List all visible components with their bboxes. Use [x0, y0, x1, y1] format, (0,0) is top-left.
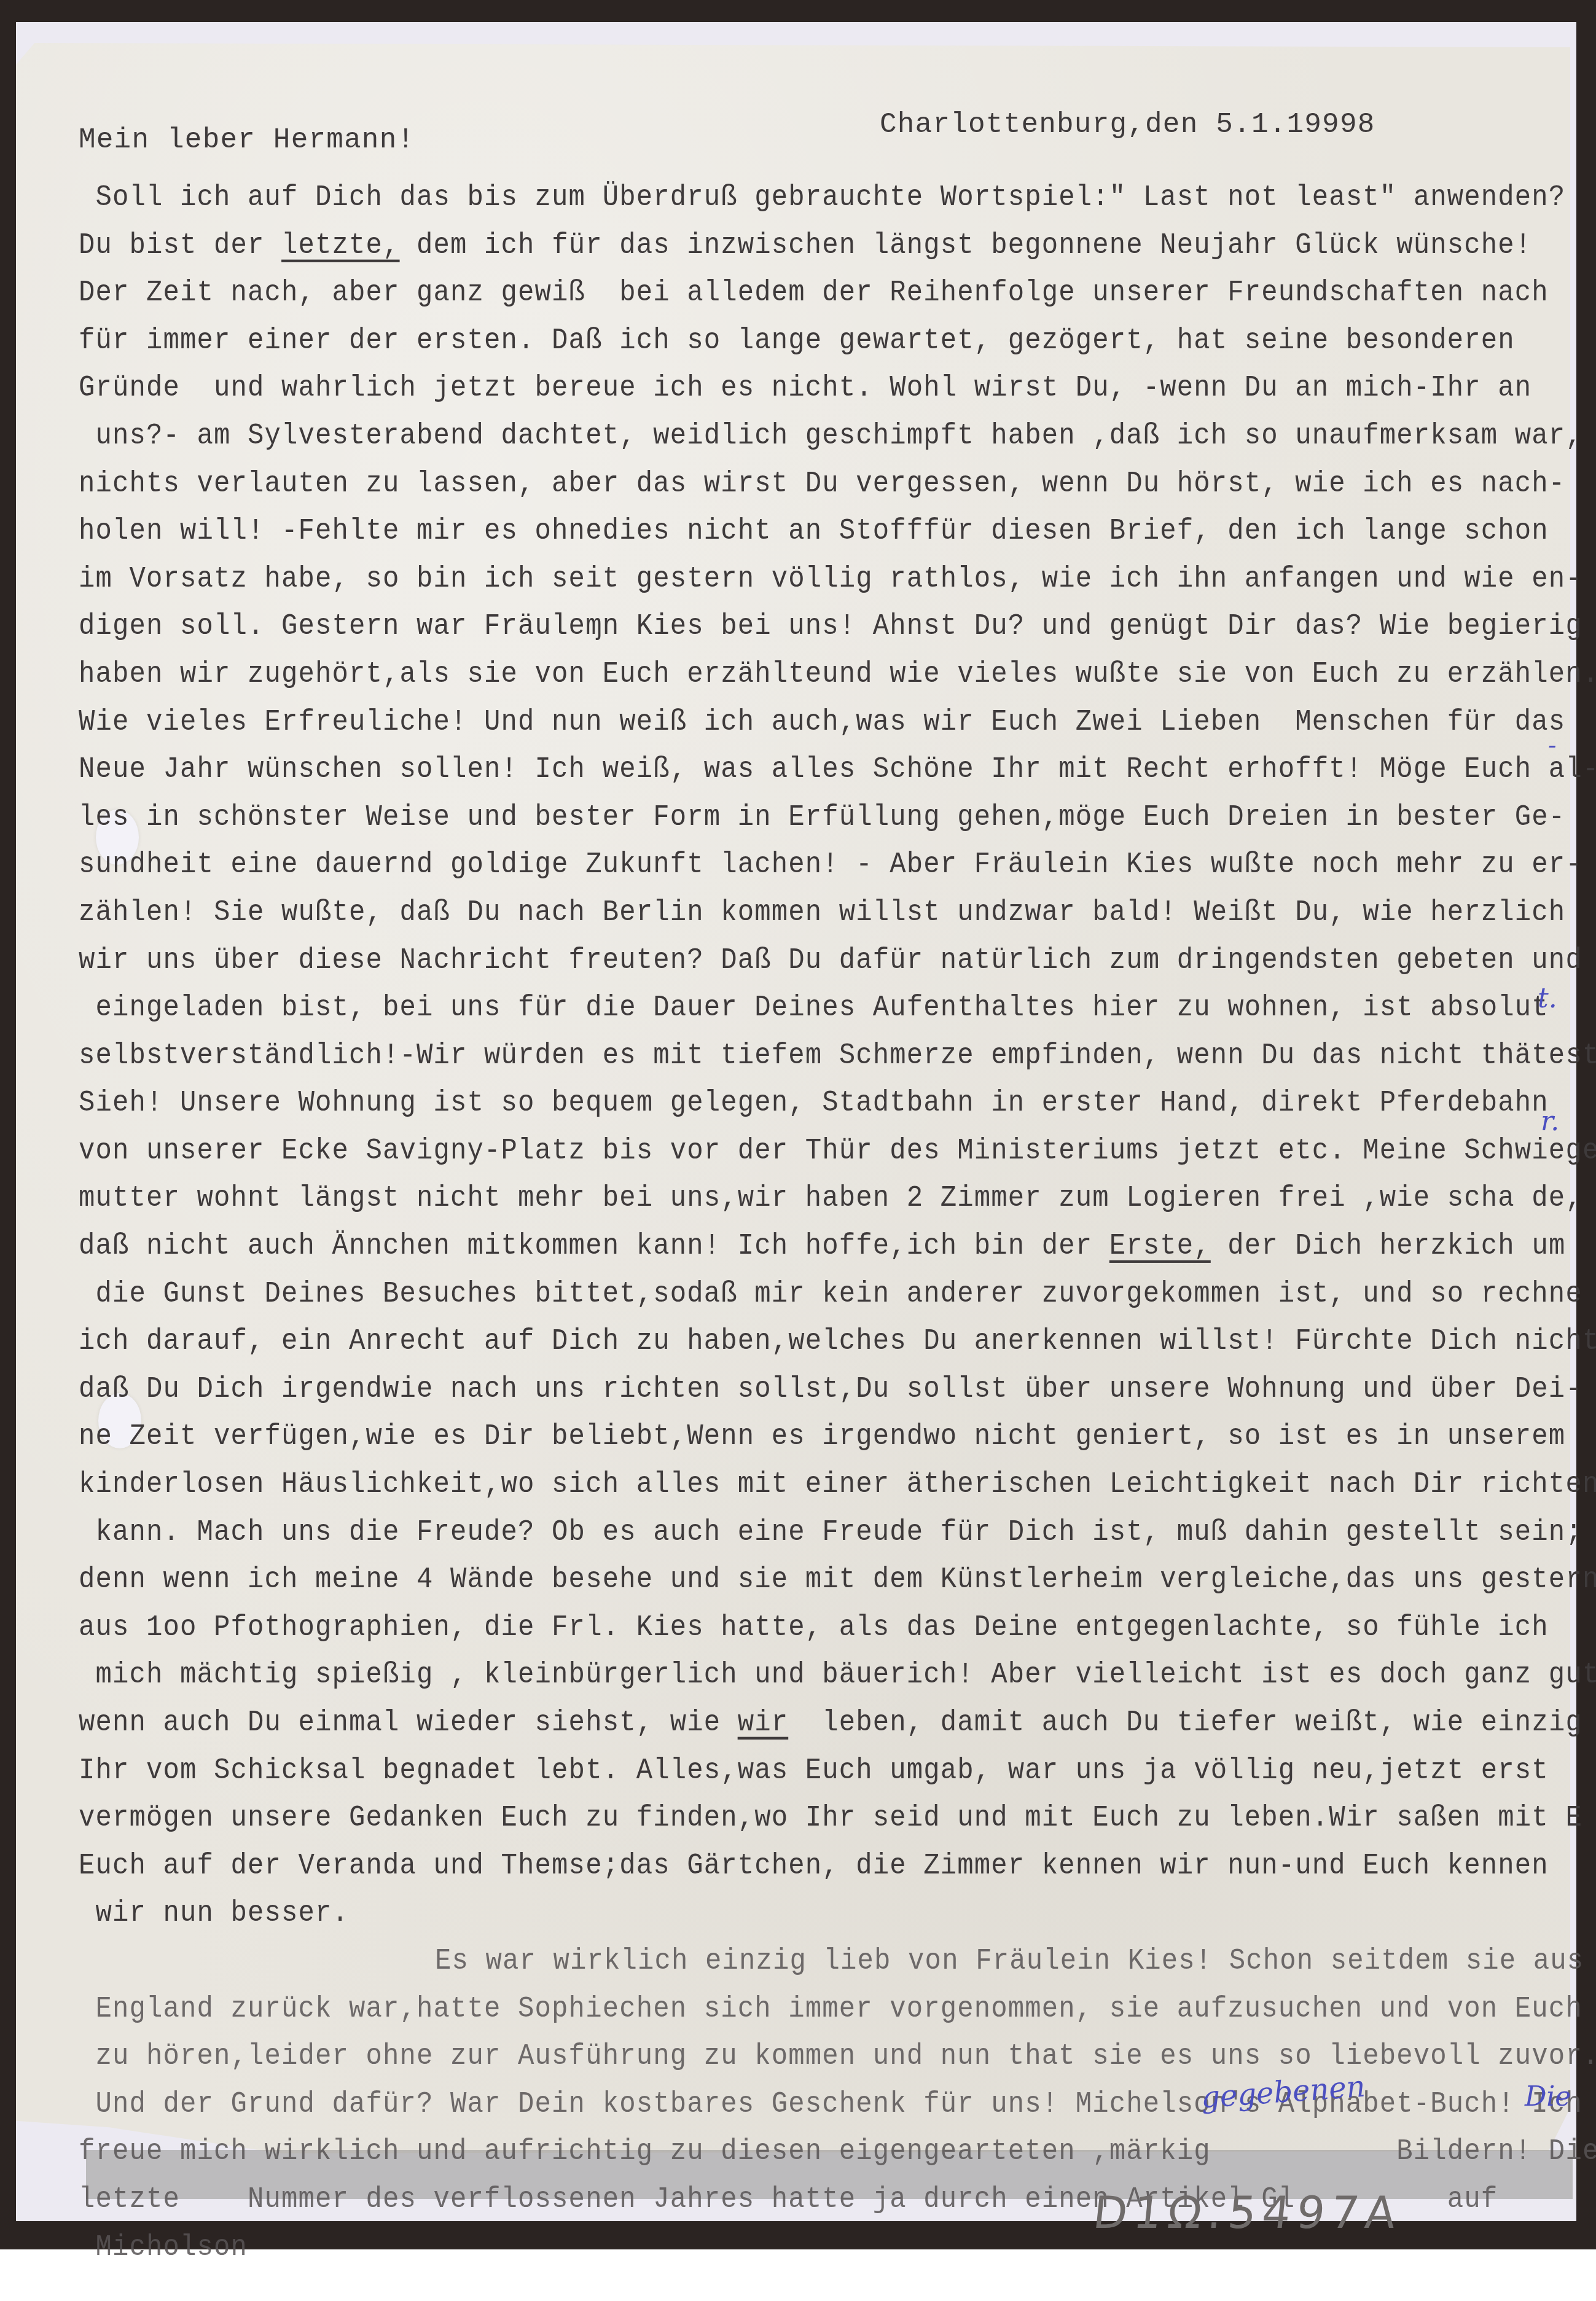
letter-line: denn wenn ich meine 4 Wände besehe und s… — [79, 1555, 1565, 1606]
letter-line: die Gunst Deines Besuches bittet,sodaß m… — [79, 1269, 1565, 1321]
letter-line: haben wir zugehört,als sie von Euch erzä… — [79, 649, 1565, 701]
letter-line: les in schönster Weise und bester Form i… — [79, 792, 1565, 844]
letter-line: Es war wirklich einzig lieb von Fräulein… — [79, 1936, 1565, 1988]
handwritten-correction: Die — [1525, 2081, 1571, 2112]
letter-line: England zurück war,hatte Sophiechen sich… — [79, 1983, 1565, 2035]
letter-line: aus 1oo Pfothographien, die Frl. Kies ha… — [79, 1603, 1565, 1654]
letter-line: eingeladen bist, bei uns für die Dauer D… — [79, 983, 1565, 1034]
letter-line: zählen! Sie wußte, daß Du nach Berlin ko… — [79, 888, 1565, 939]
letter-line: im Vorsatz habe, so bin ich seit gestern… — [79, 554, 1565, 606]
letter-line: wir nun besser. — [79, 1888, 1565, 1940]
letter-line: uns?- am Sylvesterabend dachtet, weidlic… — [79, 411, 1565, 463]
underlined-word: wir — [738, 1706, 789, 1740]
letter-line: nichts verlauten zu lassen, aber das wir… — [79, 458, 1565, 510]
letter-line: Du bist der letzte, dem ich für das inzw… — [79, 220, 1565, 272]
letter-line: selbstverständlich!-Wir würden es mit ti… — [79, 1031, 1565, 1082]
underlined-word: Erste, — [1109, 1230, 1211, 1263]
letter-line: daß nicht auch Ännchen mitkommen kann! I… — [79, 1221, 1565, 1273]
handwritten-margin-mark: - — [1548, 731, 1557, 759]
letter-line: mich mächtig spießig , kleinbürgerlich u… — [79, 1650, 1565, 1701]
handwritten-margin-mark: r. — [1541, 1106, 1559, 1137]
letter-line: kann. Mach uns die Freude? Ob es auch ei… — [79, 1507, 1565, 1559]
letter-line: ne Zeit verfügen,wie es Dir beliebt,Wenn… — [79, 1412, 1565, 1463]
letter-line: Soll ich auf Dich das bis zum Überdruß g… — [79, 173, 1565, 224]
letter-line: holen will! -Fehlte mir es ohnedies nich… — [79, 506, 1565, 558]
letter-line: Ihr vom Schicksal begnadet lebt. Alles,w… — [79, 1745, 1565, 1797]
letter-line: von unserer Ecke Savigny-Platz bis vor d… — [79, 1126, 1565, 1178]
underlined-word: letzte, — [281, 229, 400, 262]
letter-line: vermögen unsere Gedanken Euch zu finden,… — [79, 1793, 1565, 1845]
letter-line: sundheit eine dauernd goldige Zukunft la… — [79, 840, 1565, 891]
letter-line: daß Du Dich irgendwie nach uns richten s… — [79, 1364, 1565, 1416]
letter-line: wir uns über diese Nachricht freuten? Da… — [79, 935, 1565, 986]
letter-line: wenn auch Du einmal wieder siehst, wie w… — [79, 1698, 1565, 1749]
archive-number: D1Ω.5497A — [1091, 2187, 1404, 2238]
letter-line: freue mich wirklich und aufrichtig zu di… — [79, 2127, 1565, 2178]
letter-line: digen soll. Gestern war Fräuleɱn Kies be… — [79, 601, 1565, 653]
salutation: Mein leber Hermann! — [79, 126, 415, 154]
date-line: Charlottenburg,den 5.1.19998 — [880, 111, 1375, 139]
letter-line: Der Zeit nach, aber ganz gewiß bei alled… — [79, 268, 1565, 319]
letter-line: Gründe und wahrlich jetzt bereue ich es … — [79, 363, 1565, 415]
letter-body: Soll ich auf Dich das bis zum Überdruß g… — [79, 174, 1565, 2272]
letter-line: kinderlosen Häuslichkeit,wo sich alles m… — [79, 1459, 1565, 1511]
letter-line: Neue Jahr wünschen sollen! Ich weiß, was… — [79, 744, 1565, 796]
letter-line: Euch auf der Veranda und Themse;das Gärt… — [79, 1841, 1565, 1893]
letter-line: Wie vieles Erfreuliche! Und nun weiß ich… — [79, 697, 1565, 748]
letter-line: für immer einer der ersten. Daß ich so l… — [79, 316, 1565, 367]
letter-line: mutter wohnt längst nicht mehr bei uns,w… — [79, 1173, 1565, 1225]
handwritten-margin-mark: t. — [1538, 983, 1557, 1014]
letter-line: ich darauf, ein Anrecht auf Dich zu habe… — [79, 1316, 1565, 1368]
letter-line: Sieh! Unsere Wohnung ist so bequem geleg… — [79, 1078, 1565, 1130]
